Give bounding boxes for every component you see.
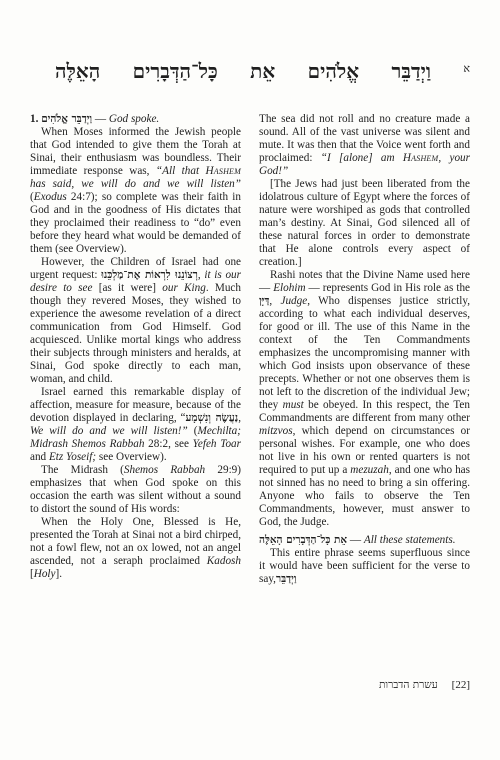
footer-section-title: עשרת הדברות [379, 679, 438, 691]
verse-hebrew-text: וַיְדַבֵּר אֱלֹהִים אֵת כָּל־הַדְּבָרִים… [55, 59, 431, 83]
commentary-columns: 1. וַיְדַבֵּר אֱלֹהִים — God spoke. When… [30, 113, 470, 586]
lemma-heading-verse-1: 1. וַיְדַבֵּר אֱלֹהִים — God spoke. [30, 113, 241, 126]
commentary-paragraph: [The Jews had just been liberated from t… [259, 178, 470, 269]
commentary-paragraph: Rashi notes that the Divine Name used he… [259, 269, 470, 529]
commentary-paragraph: This entire phrase seems superfluous sin… [259, 547, 470, 586]
commentary-paragraph: The Midrash (Shemos Rabbah 29:9) emphasi… [30, 464, 241, 516]
verse-number: א [463, 62, 470, 75]
page-number: [22] [452, 679, 470, 691]
commentary-paragraph: However, the Children of Israel had one … [30, 256, 241, 386]
commentary-paragraph: When Moses informed the Jewish people th… [30, 126, 241, 256]
commentary-paragraph: When the Holy One, Blessed is He, presen… [30, 516, 241, 581]
commentary-paragraph: Israel earned this remarkable display of… [30, 386, 241, 464]
torah-verse-line: א וַיְדַבֵּר אֱלֹהִים אֵת כָּל־הַדְּבָרִ… [55, 54, 470, 86]
lemma-heading-all-these: אֵת כָּל־הַדְּבָרִים הָאֵלֶּה — All thes… [259, 534, 470, 547]
page-footer: עשרת הדברות [22] [379, 679, 470, 691]
commentary-paragraph: The sea did not roll and no creature mad… [259, 113, 470, 178]
right-column: The sea did not roll and no creature mad… [259, 113, 470, 586]
book-page: א וַיְדַבֵּר אֱלֹהִים אֵת כָּל־הַדְּבָרִ… [0, 0, 500, 760]
left-column: 1. וַיְדַבֵּר אֱלֹהִים — God spoke. When… [30, 113, 241, 586]
